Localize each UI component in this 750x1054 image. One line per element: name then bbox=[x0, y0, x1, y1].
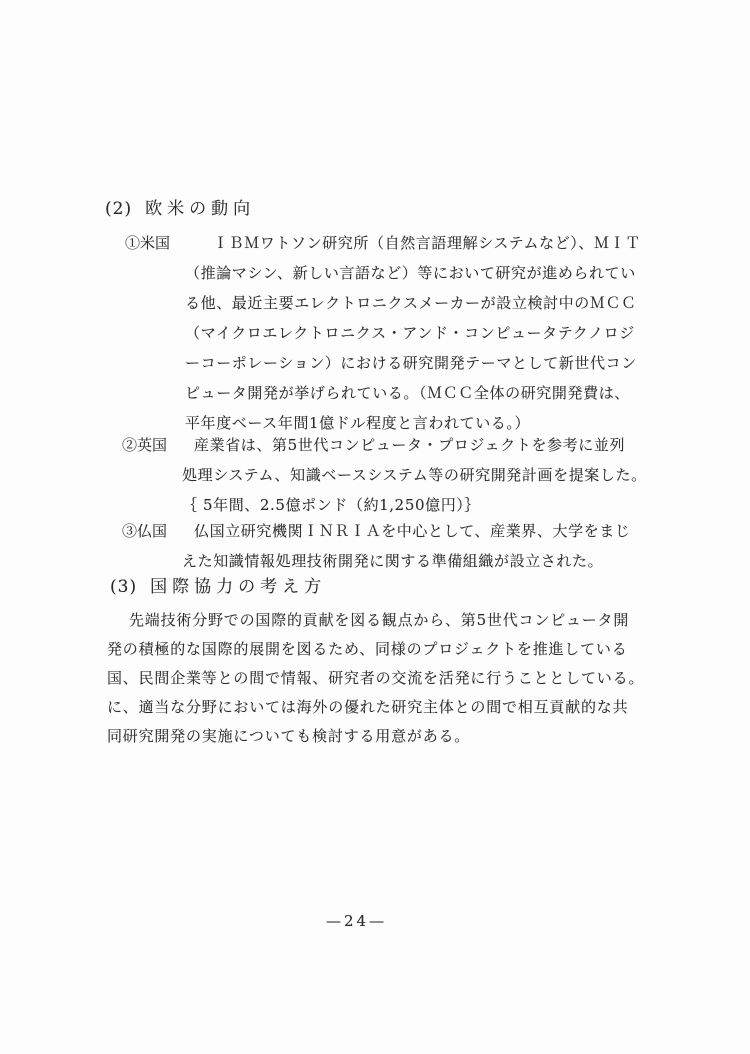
item-france-marker: ③仏国 bbox=[122, 516, 182, 546]
text-line: 同研究開発の実施についても検討する用意がある。 bbox=[107, 722, 644, 751]
item-france: ③仏国 仏国立研究機関ＩＮＲＩＡを中心として、産業界、大学をまじ えた知識情報処… bbox=[122, 516, 631, 576]
section-2-label: (2) bbox=[105, 199, 132, 219]
text-line: （マイクロエレクトロニクス・アンド・コンピュータテクノロジ bbox=[185, 318, 641, 348]
text-line: 仏国立研究機関ＩＮＲＩＡを中心として、産業界、大学をまじ bbox=[182, 516, 631, 546]
text-line: ＩＢＭワトソン研究所（自然言語理解システムなど）、ＭＩＴ bbox=[185, 228, 641, 258]
scanned-document-page: (2)欧米の動向 ①米国 ＩＢＭワトソン研究所（自然言語理解システムなど）、ＭＩ… bbox=[0, 0, 750, 1054]
section-3-paragraph: 先端技術分野での国際的貢献を図る観点から、第5世代コンピュータ開 発の積極的な国… bbox=[107, 606, 644, 751]
text-line: る他、最近主要エレクトロニクスメーカーが設立検討中のＭＣＣ bbox=[185, 288, 641, 318]
text-line: 発の積極的な国際的展開を図るため、同様のプロジェクトを推進している bbox=[107, 635, 644, 664]
text-line: ピュータ開発が挙げられている。（ＭＣＣ全体の研究開発費は、 bbox=[185, 378, 641, 408]
section-3-label: (3) bbox=[110, 577, 137, 597]
section-2-heading: (2)欧米の動向 bbox=[105, 194, 255, 219]
item-france-lines: 仏国立研究機関ＩＮＲＩＡを中心として、産業界、大学をまじ えた知識情報処理技術開… bbox=[182, 516, 631, 576]
section-3-title: 国際協力の考え方 bbox=[150, 577, 326, 597]
section-2-title: 欧米の動向 bbox=[145, 199, 255, 219]
item-uk: ②英国 産業省は、第5世代コンピュータ・プロジェクトを参考に並列 処理システム、… bbox=[122, 430, 647, 520]
text-line: に、適当な分野においては海外の優れた研究主体との間で相互貢献的な共 bbox=[107, 693, 644, 722]
item-usa: ①米国 ＩＢＭワトソン研究所（自然言語理解システムなど）、ＭＩＴ （推論マシン、… bbox=[125, 228, 641, 438]
page-number: —24— bbox=[326, 912, 387, 930]
section-3-heading: (3)国際協力の考え方 bbox=[110, 572, 326, 597]
text-line: 国、民間企業等との間で情報、研究者の交流を活発に行うこととしている。 bbox=[107, 664, 644, 693]
text-line: 処理システム、知識ベースシステム等の研究開発計画を提案した。 bbox=[182, 460, 647, 490]
text-line: 先端技術分野での国際的貢献を図る観点から、第5世代コンピュータ開 bbox=[107, 606, 644, 635]
item-usa-lines: ＩＢＭワトソン研究所（自然言語理解システムなど）、ＭＩＴ （推論マシン、新しい言… bbox=[185, 228, 641, 438]
text-line: 産業省は、第5世代コンピュータ・プロジェクトを参考に並列 bbox=[182, 430, 647, 460]
text-line: （推論マシン、新しい言語など）等において研究が進められてい bbox=[185, 258, 641, 288]
item-uk-marker: ②英国 bbox=[122, 430, 182, 460]
item-usa-marker: ①米国 bbox=[125, 228, 185, 258]
item-uk-lines: 産業省は、第5世代コンピュータ・プロジェクトを参考に並列 処理システム、知識ベー… bbox=[182, 430, 647, 520]
text-line: ーコーポレーション）における研究開発テーマとして新世代コン bbox=[185, 348, 641, 378]
